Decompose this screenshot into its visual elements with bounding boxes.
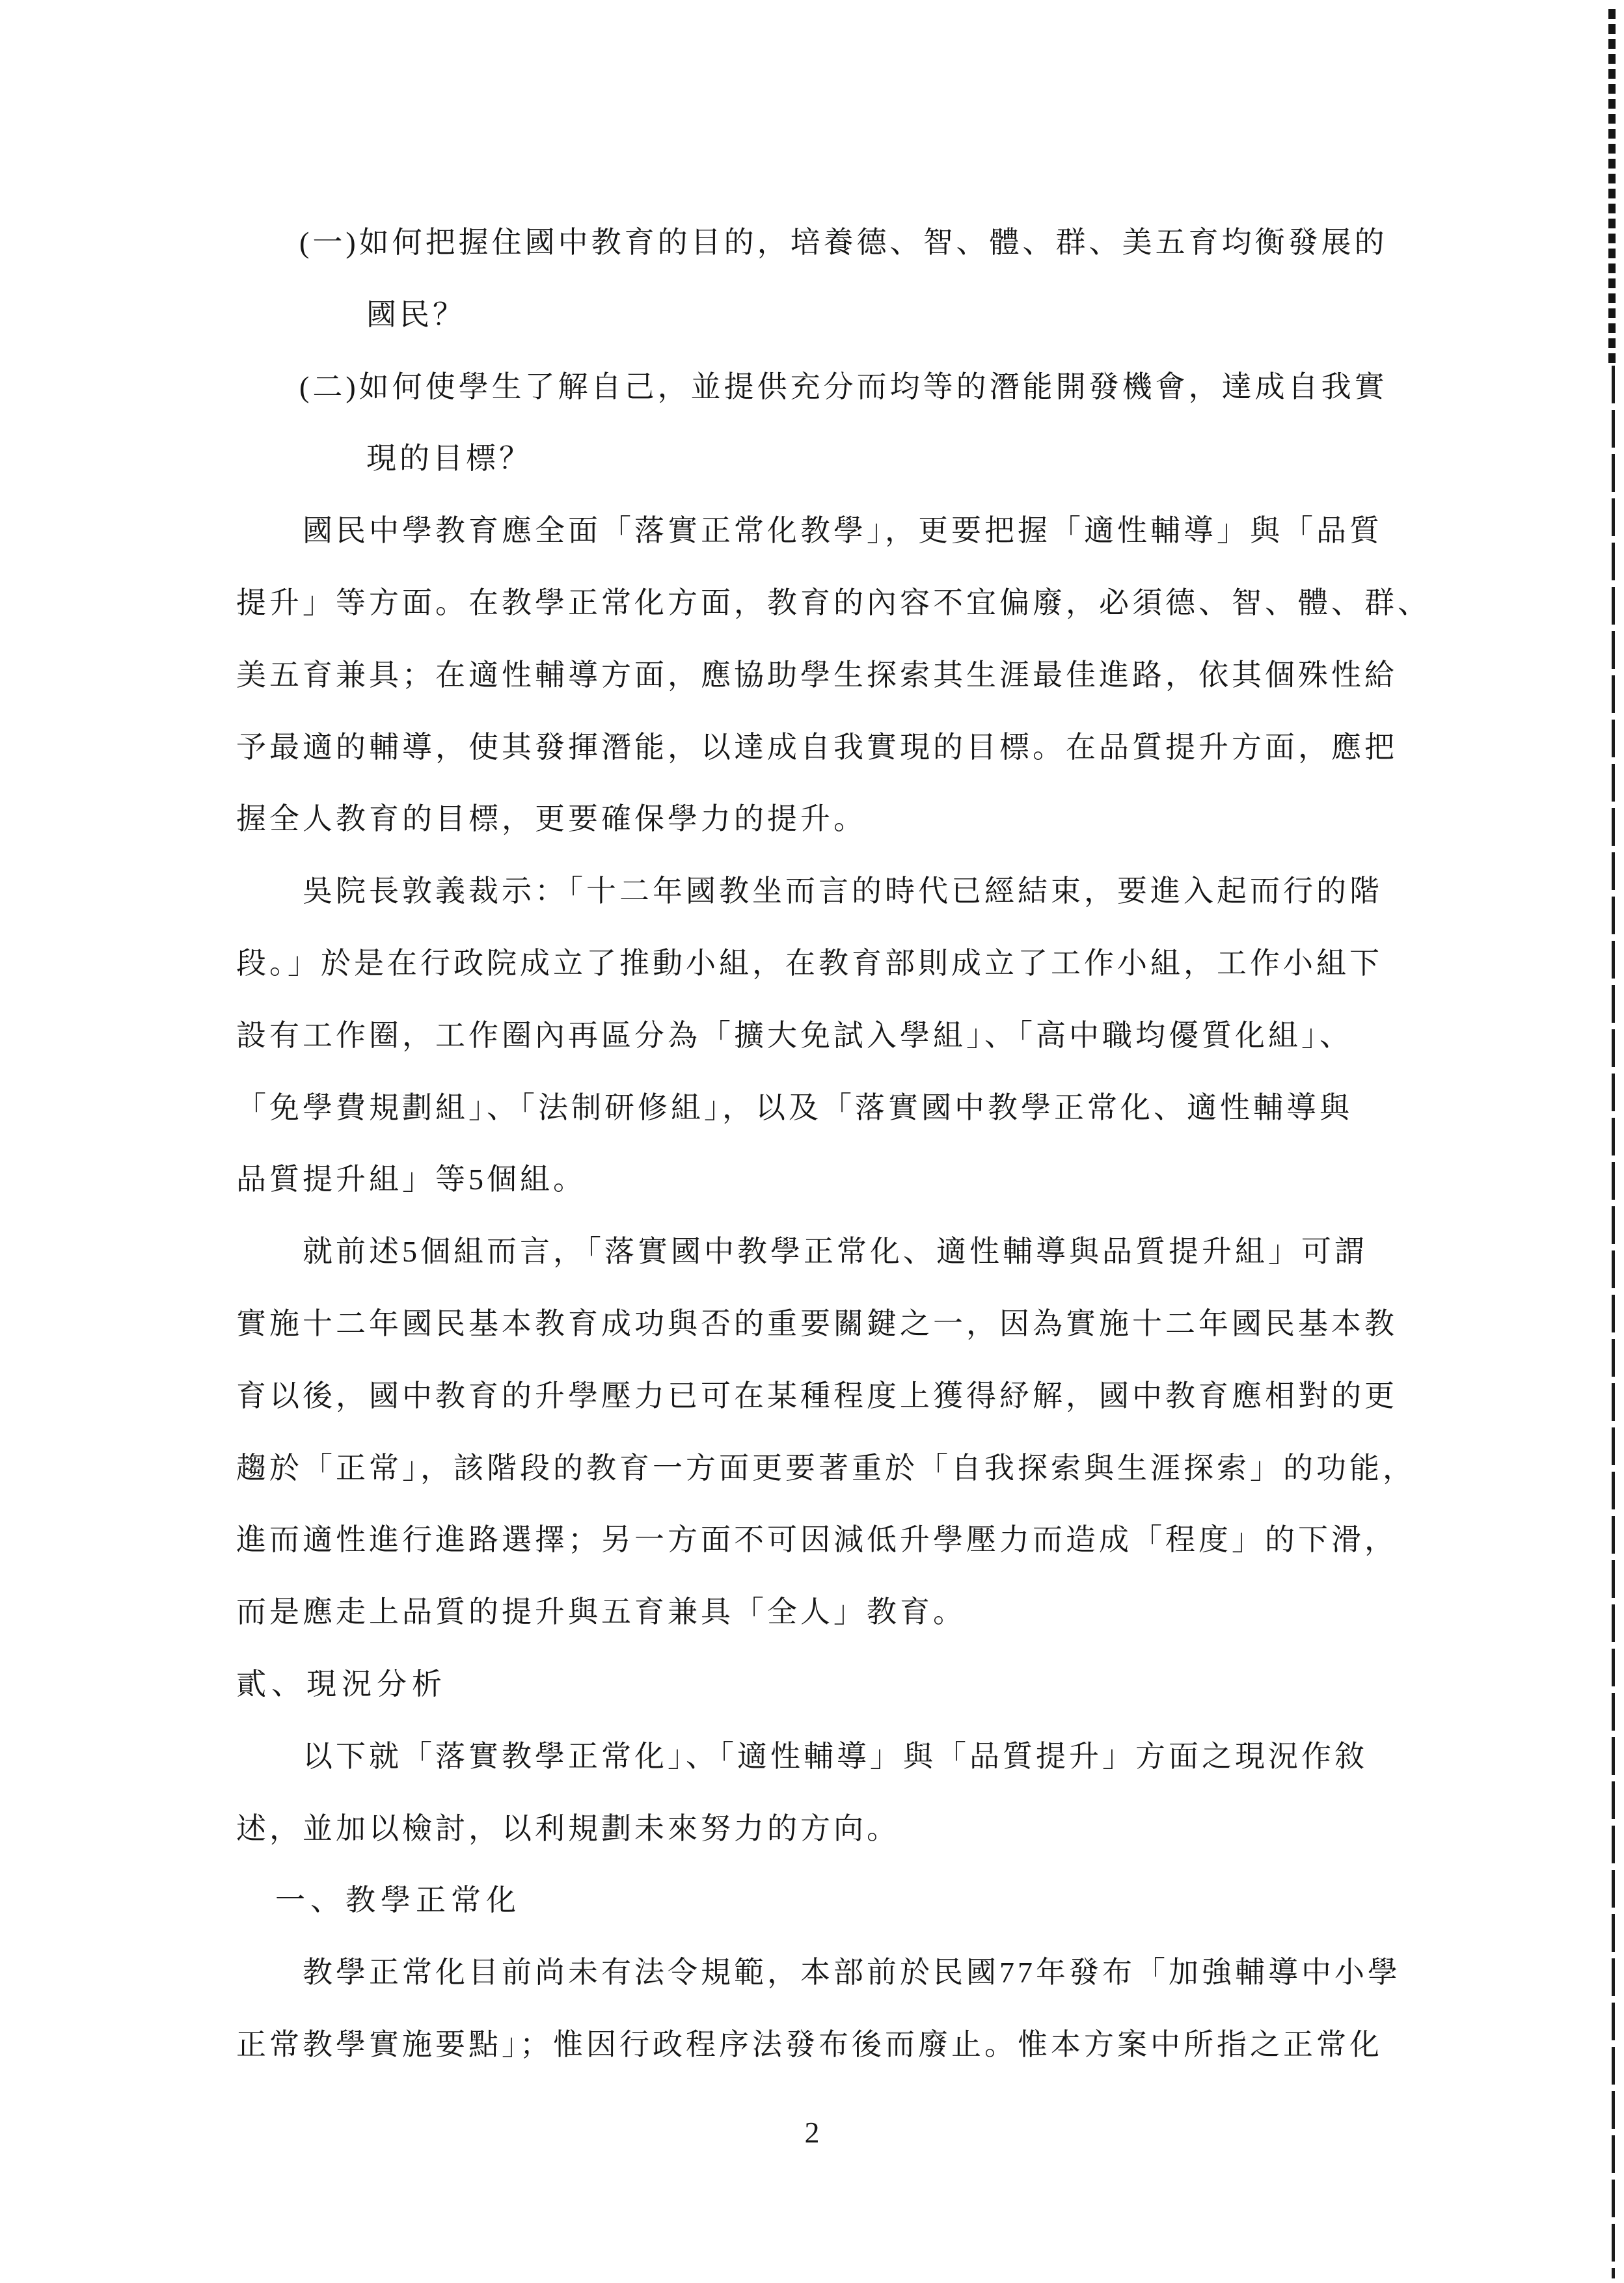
text-line: 述，並加以檢討，以利規劃未來努力的方向。 <box>236 1793 1446 1865</box>
text-line: 設有工作圈，工作圈內再區分為「擴大免試入學組」、「高中職均優質化組」、 <box>236 1000 1446 1072</box>
text-line: 貳、現況分析 <box>236 1649 1446 1721</box>
text-line: 美五育兼具；在適性輔導方面，應協助學生探索其生涯最佳進路，依其個殊性給 <box>236 640 1446 712</box>
scan-artifact-top <box>1608 9 1616 366</box>
document-page: (一)如何把握住國中教育的目的，培養德、智、體、群、美五育均衡發展的國民？(二)… <box>0 0 1624 2283</box>
text-line: 吳院長敦義裁示：「十二年國教坐而言的時代已經結束，要進入起而行的階 <box>236 856 1446 928</box>
text-line: 一、教學正常化 <box>236 1865 1446 1937</box>
text-line: 現的目標？ <box>236 423 1446 495</box>
scan-artifact-line <box>1612 366 1615 2278</box>
text-line: 品質提升組」等5個組。 <box>236 1144 1446 1216</box>
text-line: 予最適的輔導，使其發揮潛能，以達成自我實現的目標。在品質提升方面，應把 <box>236 712 1446 784</box>
text-line: 趨於「正常」，該階段的教育一方面更要著重於「自我探索與生涯探索」的功能， <box>236 1433 1446 1505</box>
text-line: 實施十二年國民基本教育成功與否的重要關鍵之一，因為實施十二年國民基本教 <box>236 1288 1446 1360</box>
text-line: 以下就「落實教學正常化」、「適性輔導」與「品質提升」方面之現況作敘 <box>236 1721 1446 1793</box>
text-line: 育以後，國中教育的升學壓力已可在某種程度上獲得紓解，國中教育應相對的更 <box>236 1360 1446 1433</box>
text-line: 教學正常化目前尚未有法令規範，本部前於民國77年發布「加強輔導中小學 <box>236 1937 1446 2009</box>
text-line: 而是應走上品質的提升與五育兼具「全人」教育。 <box>236 1576 1446 1649</box>
text-line: 國民中學教育應全面「落實正常化教學」，更要把握「適性輔導」與「品質 <box>236 495 1446 567</box>
page-number: 2 <box>805 2116 820 2149</box>
text-line: 正常教學實施要點」；惟因行政程序法發布後而廢止。惟本方案中所指之正常化 <box>236 2009 1446 2081</box>
text-line: 握全人教育的目標，更要確保學力的提升。 <box>236 783 1446 856</box>
text-line: (一)如何把握住國中教育的目的，培養德、智、體、群、美五育均衡發展的 <box>236 207 1446 279</box>
text-line: 段。」於是在行政院成立了推動小組，在教育部則成立了工作小組，工作小組下 <box>236 928 1446 1000</box>
text-line: (二)如何使學生了解自己，並提供充分而均等的潛能開發機會，達成自我實 <box>236 351 1446 424</box>
text-line: 就前述5個組而言，「落實國中教學正常化、適性輔導與品質提升組」可謂 <box>236 1216 1446 1288</box>
document-body: (一)如何把握住國中教育的目的，培養德、智、體、群、美五育均衡發展的國民？(二)… <box>236 207 1446 2081</box>
text-line: 「免學費規劃組」、「法制研修組」，以及「落實國中教學正常化、適性輔導與 <box>236 1072 1446 1144</box>
text-line: 國民？ <box>236 279 1446 351</box>
page-footer: 2 <box>0 2113 1624 2152</box>
text-line: 提升」等方面。在教學正常化方面，教育的內容不宜偏廢，必須德、智、體、群、 <box>236 567 1446 640</box>
text-line: 進而適性進行進路選擇；另一方面不可因減低升學壓力而造成「程度」的下滑， <box>236 1504 1446 1576</box>
